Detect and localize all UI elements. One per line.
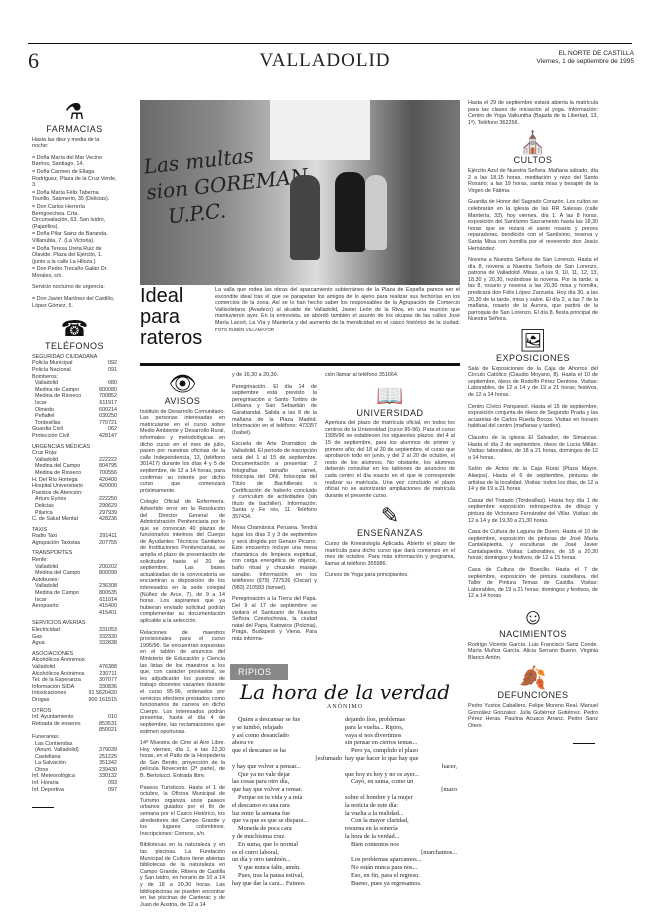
exposiciones-list: Sala de Exposiciones de la Caja de Ahorr…	[468, 366, 598, 600]
tel-label: Inf. Ayuntamiento	[32, 714, 74, 721]
defunciones-heading: DEFUNCIONES	[468, 692, 598, 699]
tel-label: Policía Nacional	[32, 367, 71, 374]
poem-line: En suma, que lo normal	[232, 841, 342, 849]
tel-label: La Salvación	[35, 760, 66, 767]
pharmacy-name: Don Carlos Herrería Berrigoechea. Crta. …	[32, 204, 105, 230]
tel-number: 251225	[99, 754, 117, 761]
tel-row: Retirada de enseres853531	[32, 721, 117, 728]
tel-number: 611014	[99, 597, 117, 604]
tel-label: Autobuses:	[32, 577, 59, 584]
tel-label: Funerarias:	[32, 734, 59, 741]
leaf-icon: 🍂	[468, 666, 598, 690]
exposicion-item: Casas del Tratado (Tordesillas). Hasta h…	[468, 498, 598, 524]
tel-row: Valladolid476388	[32, 664, 117, 671]
aviso-item: Instituto de Desarrollo Comunitario. Las…	[140, 409, 225, 495]
poem-line: sin pensar en ciertos temas...	[345, 739, 457, 747]
tel-label: Renfe:	[32, 557, 48, 564]
tel-label: Arturo Eyries	[35, 496, 66, 503]
tel-row: Alcohólicos Anónimos:	[32, 657, 117, 664]
poem-line: un día y otro también...	[232, 856, 342, 864]
tel-label: Radio Taxi	[32, 533, 57, 540]
tel-row: Agua332838	[32, 640, 117, 647]
tel-label: Drogas	[32, 697, 49, 704]
tel-row: Castellana251225	[32, 754, 117, 761]
tel-number: 351342	[99, 760, 117, 767]
tel-row: Puestos de Atención:	[32, 490, 117, 497]
poem-line: la hora de la verdad...	[345, 833, 457, 841]
poem-line: que hoy es hoy y no es ayer...	[345, 771, 457, 779]
defunciones-text: Pedro Yustos Caballero. Felipe Moreno Re…	[468, 703, 598, 729]
pharmacy-entry: = Doña Pilar Sainz de Baranda, Villanubl…	[32, 231, 117, 244]
poem-line: Y que nunca falte, amén.	[232, 864, 342, 872]
tel-row: Iscar611014	[32, 597, 117, 604]
tel-row: Funerarias:	[32, 734, 117, 741]
tel-row: Intoxicaciones91 5620420	[32, 690, 117, 697]
poem-line: Con la mayor claridad,	[345, 817, 457, 825]
tel-row: Cruz Roja:	[32, 450, 117, 457]
paper-info: EL NORTE DE CASTILLA Viernes, 1 de septi…	[537, 50, 634, 66]
pharmacy-name: Don Pedro Trecaño Galán Dr. Morales, s/n…	[32, 266, 108, 279]
paper-date: Viernes, 1 de septiembre de 1995	[537, 58, 634, 66]
ensenanzas-p: Curso de Kinesiología Aplicada. Abierto …	[325, 541, 455, 567]
right-column: Hasta el 29 de septiembre estará abierta…	[468, 100, 598, 744]
tel-number: 010	[108, 714, 117, 721]
aviso-item: Colegio Oficial de Enfermería. Advertido…	[140, 499, 225, 624]
poem-line: ahora ve	[232, 739, 342, 747]
photo-person	[335, 172, 365, 252]
tel-number: 428236	[99, 516, 117, 523]
news-photo: Las multassion GOREMAN U.P.C.	[140, 100, 460, 285]
tel-label: Gas	[32, 634, 42, 641]
tel-label: Las Contiendas	[35, 741, 72, 748]
column-end-rule	[32, 807, 54, 808]
notice-item: Peregrinación. El día 14 de septiembre e…	[232, 384, 317, 437]
tel-label: Cruz Roja:	[32, 450, 57, 457]
tel-label: Policía Municipal	[32, 360, 72, 367]
tel-label: Protección Civil	[32, 433, 69, 440]
tel-number: 092	[108, 360, 117, 367]
ensenanzas-heading: ENSEÑANZAS	[325, 530, 455, 537]
tel-number: 420400	[99, 477, 117, 484]
tel-row: Agrupación Taxistas207755	[32, 540, 117, 547]
tel-number: 700852	[99, 393, 117, 400]
poem-line: Que ya no vale dejar	[232, 771, 342, 779]
tel-row: Protección Civil428147	[32, 433, 117, 440]
poem-line: la noticia de este día:	[345, 802, 457, 810]
aviso-item: 14ª Muestra de Cine al Aire Libre. Hoy v…	[140, 740, 225, 780]
tel-row: H. Del Río Hortega420400	[32, 477, 117, 484]
tel-label: Inf. Meteorológica	[32, 773, 75, 780]
pharmacy-name: Doña María del Mar Vecino Barrios, Santi…	[32, 155, 102, 168]
tel-row: Medina de Campo800535	[32, 590, 117, 597]
notice-item: y de 16,30 a 20,30.	[232, 372, 317, 379]
tel-label: H. Del Río Hortega	[32, 477, 78, 484]
poem-line: Pues, tras la pausa estival,	[232, 872, 342, 880]
tel-row: Medina del Campo800099	[32, 570, 117, 577]
photo-person	[365, 175, 387, 250]
tel-row: Autobuses:	[32, 577, 117, 584]
poem-line: [mazo	[345, 786, 457, 794]
tel-row: Hospital Universitario420000	[32, 483, 117, 490]
notice-item: Peregrinación a la Tierra del Papa. Del …	[232, 596, 317, 642]
poem-line: sobre el hombre y la mujer	[345, 794, 457, 802]
poem-line: Quien a descansar se fue	[232, 716, 342, 724]
pharmacy-entry: = Doña Carmen de Ellaga Rodríguez. Plaza…	[32, 169, 117, 189]
tel-number: 332838	[99, 640, 117, 647]
poem-line: la vuelta a la realidad...	[345, 810, 457, 818]
tel-label: Hospital Universitario	[32, 483, 83, 490]
tel-row: Radio Taxi291411	[32, 533, 117, 540]
exposicion-item: Sala de Exposiciones de la Caja de Ahorr…	[468, 366, 598, 399]
poem-line: y se tumbó, relajado	[232, 724, 342, 732]
poem-left-column: Quien a descansar se fuey se tumbó, rela…	[232, 716, 342, 888]
poem-line: Bien contentos nos	[345, 841, 457, 849]
baby-icon: ☺	[468, 605, 598, 629]
exposicion-item: Casa de Cultura de Laguna de Duero. Hast…	[468, 529, 598, 562]
tel-group-heading: ASOCIACIONES	[32, 651, 117, 658]
header-rule	[28, 43, 632, 44]
tel-label: C. de Salud Mental	[32, 516, 78, 523]
tel-label: Información SIDA	[32, 684, 74, 691]
tel-row: Valladolid200202	[32, 564, 117, 571]
avisos-list: Instituto de Desarrollo Comunitario. Las…	[140, 409, 225, 909]
tel-label: Castellana	[35, 754, 60, 761]
poem-line: dejando líos, problemas	[345, 716, 457, 724]
tel-number: 853531	[99, 721, 117, 728]
tel-number: 200202	[99, 564, 117, 571]
tel-row: Drogas900 161515	[32, 697, 117, 704]
avisos-column: 👁 AVISOS Instituto de Desarrollo Comunit…	[140, 372, 225, 913]
tel-row: Valladolid080	[32, 380, 117, 387]
tel-number: 307077	[99, 677, 117, 684]
tel-label: Valladolid	[35, 583, 58, 590]
tel-label: Inf. Horaria	[32, 780, 59, 787]
telephone-icon: ☎	[32, 317, 117, 341]
left-column: ⚗ FARMACIAS Hasta las diez y media de la…	[32, 100, 117, 808]
tel-number: 415401	[99, 610, 117, 617]
poem-line: luz entre la semana fue	[232, 810, 342, 818]
farmacias-urgent-intro: Servicio nocturno de urgencia:	[32, 284, 117, 291]
nacimientos-heading: NACIMIENTOS	[468, 631, 598, 638]
tel-row: Peñafiel030250	[32, 413, 117, 420]
farmacias-urgent: = Don Javier Martínez del Castillo, Lópe…	[32, 296, 117, 309]
poem-line: el descanso es una rara	[232, 802, 342, 810]
tel-label: Alcohólicos Anónimos	[32, 671, 84, 678]
telefonos-heading: TELÉFONOS	[32, 343, 117, 350]
poem-line: Los problemas aparcamos...	[345, 856, 457, 864]
tel-number: 091	[108, 367, 117, 374]
tel-group-heading: TAXIS	[32, 527, 117, 534]
universidad-text: Apertura del plazo de matrícula oficial,…	[325, 420, 455, 499]
paper-name: EL NORTE DE CASTILLA	[537, 50, 634, 58]
pencil-ruler-icon: ✎	[325, 504, 455, 528]
universidad-heading: UNIVERSIDAD	[325, 410, 455, 417]
photo-caption-title: Ideal para rateros	[140, 286, 215, 349]
culto-item: Guardia de Honor del Sagrado Corazón. Lo…	[468, 199, 598, 252]
poem-line: Cayó, en suma, como un	[345, 778, 457, 786]
tel-label: Valladolid	[32, 664, 55, 671]
tel-row: Valladolid236308	[32, 583, 117, 590]
tel-row: Olmedo600214	[32, 407, 117, 414]
tel-number: 093	[108, 780, 117, 787]
tel-number: 331053	[99, 627, 117, 634]
farmacias-intro: Hasta las diez y media de la noche:	[32, 137, 117, 150]
tel-number: 097	[108, 787, 117, 794]
nacimientos-text: Rodrigo Vicente García. Luis Francisco S…	[468, 642, 598, 662]
tel-group-heading: SEGURIDAD CIUDADANA	[32, 354, 117, 361]
pharmacy-name: Doña Pilar Sainz de Baranda, Villanubla,…	[32, 231, 108, 244]
poem-line: y de muchísima cruz.	[232, 833, 342, 841]
photo-graffiti: Las multassion GOREMAN U.P.C.	[142, 137, 312, 232]
photo-credit: FOTO RUBÉN VILLAMAYOR	[215, 327, 274, 332]
poem-line: Porque en tu vida y a mía	[232, 794, 342, 802]
telefonos-list: SEGURIDAD CIUDADANAPolicía Municipal092P…	[32, 354, 117, 793]
exposicion-item: Claustro de la iglesia El Salvador, de S…	[468, 435, 598, 461]
tel-number: 900 161515	[89, 697, 117, 704]
avisos-heading: AVISOS	[140, 398, 225, 405]
tel-row: (Anunt. Valladolid)379039	[32, 747, 117, 754]
tel-row: Las Contiendas	[32, 741, 117, 748]
exposicion-item: Salón de Actos de la Caja Rural (Plaza M…	[468, 466, 598, 492]
poem-line: hay que dar la cara... Fuimos	[232, 880, 342, 888]
tel-label: Puestos de Atención:	[32, 490, 83, 497]
tel-number: 030250	[99, 413, 117, 420]
tel-number: 291411	[99, 533, 117, 540]
poem-line: que hay que volver a remar.	[232, 786, 342, 794]
aviso-item: Paseos Turísticos. Hasta el 1 de octubre…	[140, 785, 225, 838]
tel-row: Policía Nacional091	[32, 367, 117, 374]
tel-label: Medina del Campo	[35, 463, 80, 470]
tel-row: Pilarica297939	[32, 510, 117, 517]
tel-number: 297939	[99, 510, 117, 517]
tel-number: 330132	[99, 773, 117, 780]
tel-label: Peñafiel	[35, 413, 54, 420]
poem-line: Bueno, pues ya regresamos.	[345, 880, 457, 888]
tel-row: 415401	[32, 610, 117, 617]
tel-row: Valladolid222222	[32, 457, 117, 464]
tel-number: 611917	[99, 400, 117, 407]
tel-row: Alcohólicos Anónimos230711	[32, 671, 117, 678]
pharmacy-mortar-icon: ⚗	[32, 100, 117, 124]
pharmacy-entry: = Don Pedro Trecaño Galán Dr. Morales, s…	[32, 266, 117, 279]
tel-number: 428147	[99, 433, 117, 440]
poem-right-column: dejando líos, problemaspara la vuelta...…	[345, 716, 457, 888]
tel-row: Gas332330	[32, 634, 117, 641]
tel-row: Medina de Rioseco700852	[32, 393, 117, 400]
poem-line: Moneda de poca cara	[232, 825, 342, 833]
tel-number: 330836	[99, 684, 117, 691]
tel-label: Pilarica	[35, 510, 53, 517]
tel-label: Agua	[32, 640, 45, 647]
photo-caption: La valla que rodea las obras del aparcam…	[215, 287, 460, 333]
middle-column: y de 16,30 a 20,30.Peregrinación. El día…	[232, 372, 317, 648]
tel-row: Medina de Rioseco700556	[32, 470, 117, 477]
yoga-text: Hasta el 29 de septiembre estará abierta…	[468, 100, 598, 126]
culto-item: Ejército Azul de Nuestra Señora. Mañana …	[468, 168, 598, 194]
poem-line: que va que es que se dispara...	[232, 817, 342, 825]
tel-number: 062	[108, 426, 117, 433]
tel-number: 420000	[99, 483, 117, 490]
tel-label: Medina de Rioseco	[35, 393, 81, 400]
poem-line: y así como desanclado	[232, 732, 342, 740]
pharmacy-name: Doña Carmen de Ellaga Rodríguez. Plaza d…	[32, 169, 117, 188]
pharmacy-entry: = Don Carlos Herrería Berrigoechea. Crta…	[32, 204, 117, 230]
tel-row: Renfe:	[32, 557, 117, 564]
poem-line: [marchamos...	[345, 849, 457, 857]
poem-line: resuena en la sonería	[345, 825, 457, 833]
tel-number: 415400	[99, 603, 117, 610]
tel-row: Iscar611917	[32, 400, 117, 407]
tel-row: Arturo Eyries222250	[32, 496, 117, 503]
cultos-heading: CULTOS	[468, 157, 598, 164]
tel-row: Bomberos:	[32, 374, 117, 381]
tel-label: Medina de Campo	[35, 590, 79, 597]
poem-line: Eso, en fin, para el regreso.	[345, 872, 457, 880]
tel-label: Inf. Deportiva	[32, 787, 64, 794]
tel-number: 700556	[99, 470, 117, 477]
tel-label: Otros	[35, 767, 48, 774]
pharmacy-name: Doña Teresa Ureta Ruiz de Olavide. Plaza…	[32, 246, 102, 265]
tel-number: 236308	[99, 583, 117, 590]
tel-label: Olmedo	[35, 407, 54, 414]
tel-number: 770721	[99, 420, 117, 427]
church-candle-icon: ⛪	[468, 131, 598, 155]
tel-label: Tel. de la Esperanza	[32, 677, 81, 684]
tel-row: Inf. Meteorológica330132	[32, 773, 117, 780]
exhibition-frame-icon: 🖼	[468, 329, 598, 353]
tel-label: Electricidad	[32, 627, 60, 634]
open-book-icon: 📖	[325, 384, 455, 408]
pharmacy-name: Doña María Félix Taberna Tourillo, Sasme…	[32, 190, 109, 203]
poem-line: hay que hacer lo que hay que	[345, 755, 457, 763]
tel-number: 207755	[99, 540, 117, 547]
tel-group-heading: SERVICIOS AVERÍAS	[32, 620, 117, 627]
tel-label: Alcohólicos Anónimos:	[32, 657, 86, 664]
tel-number: 080	[108, 380, 117, 387]
tel-number: 804795	[99, 463, 117, 470]
poem-title: La hora de la verdad	[230, 680, 460, 704]
tel-row: Medina del Campo804795	[32, 463, 117, 470]
poem-author: ANÓNIMO	[230, 704, 460, 710]
farmacias-heading: FARMACIAS	[32, 126, 117, 133]
tel-number: 600214	[99, 407, 117, 414]
ripios-tag: RIPIOS	[230, 664, 288, 680]
tel-label: Retirada de enseres	[32, 721, 81, 728]
tel-row: 850021	[32, 727, 117, 734]
exposiciones-heading: EXPOSICIONES	[468, 355, 598, 362]
tel-row: Delicias290629	[32, 503, 117, 510]
poem-line: las cosas para otro día,	[232, 778, 342, 786]
tel-number: 290629	[99, 503, 117, 510]
ensenanzas-p: Cursos de Yoga para principiantes.	[325, 572, 455, 579]
notice-item: Escuela de Arte Dramático de Valladolid.…	[232, 441, 317, 520]
aviso-item: Relaciones de maestros provisionales par…	[140, 630, 225, 736]
poem-line: Pero ya, cumplido el plazo	[345, 747, 457, 755]
tel-label: Medina del Campo	[35, 570, 80, 577]
pharmacy-entry: = Doña María del Mar Vecino Barrios, San…	[32, 155, 117, 168]
tel-row: La Salvación351342	[32, 760, 117, 767]
tel-group-heading: URGENCIAS MÉDICAS	[32, 444, 117, 451]
tel-row: Tel. de la Esperanza307077	[32, 677, 117, 684]
tel-row: Información SIDA330836	[32, 684, 117, 691]
tel-label: Bomberos:	[32, 374, 58, 381]
tel-label: Medina de Rioseco	[35, 470, 81, 477]
tel-row: C. de Salud Mental428236	[32, 516, 117, 523]
poem-line: que el descanso se ha	[232, 747, 342, 755]
tel-number: 332330	[99, 634, 117, 641]
tel-number: 230711	[99, 671, 117, 678]
tel-number: 800099	[99, 570, 117, 577]
exposicion-item: Centro Cívico Parquesol. Hasta el 15 de …	[468, 404, 598, 430]
tel-row: Inf. Deportiva097	[32, 787, 117, 794]
tel-row: Electricidad331053	[32, 627, 117, 634]
poem-line: hacer,	[345, 763, 457, 771]
universidad-lead: ción llamar al teléfono 351664.	[325, 372, 455, 379]
tel-row: Otros239430	[32, 767, 117, 774]
tel-label: Tordesillas	[35, 420, 60, 427]
tel-row: Guardia Civil062	[32, 426, 117, 433]
tel-row: Inf. Horaria093	[32, 780, 117, 787]
exposicion-item: Casa de Cultura de Boecillo. Hasta el 7 …	[468, 567, 598, 600]
tel-label: Aeropuerto	[32, 603, 59, 610]
poem-line: para la vuelta... Ripios,	[345, 724, 457, 732]
tel-label: Iscar	[35, 400, 47, 407]
photo-person	[290, 175, 320, 260]
tel-number: 91 5620420	[89, 690, 117, 697]
pharmacy-entry: = Doña Teresa Ureta Ruiz de Olavide. Pla…	[32, 246, 117, 266]
tel-label: Iscar	[35, 597, 47, 604]
aviso-item: Bibliotecas en la naturaleza y en las pi…	[140, 842, 225, 908]
culto-item: Novena a Nuestra Señora de San Lorenzo. …	[468, 257, 598, 323]
tel-group-heading: OTROS	[32, 708, 117, 715]
tel-number: 800535	[99, 590, 117, 597]
tel-label: Intoxicaciones	[32, 690, 66, 697]
tel-row: Inf. Ayuntamiento010	[32, 714, 117, 721]
pharmacy-entry: = Doña María Félix Taberna Tourillo, Sas…	[32, 190, 117, 203]
tel-label: Agrupación Taxistas	[32, 540, 80, 547]
section-divider	[140, 363, 460, 366]
tel-number: 379039	[99, 747, 117, 754]
column-end-rule	[573, 743, 595, 744]
poem-line: [esfumado	[232, 755, 342, 763]
tel-row: Policía Municipal092	[32, 360, 117, 367]
tel-label: (Anunt. Valladolid)	[35, 747, 79, 754]
tel-label: Guardia Civil	[32, 426, 63, 433]
universidad-column: ción llamar al teléfono 351664. 📖 UNIVER…	[325, 372, 455, 584]
cultos-list: Ejército Azul de Nuestra Señora. Mañana …	[468, 168, 598, 323]
tel-number: 476388	[99, 664, 117, 671]
tel-number: 222222	[99, 457, 117, 464]
tel-number: 850021	[99, 727, 117, 734]
tel-row: Aeropuerto415400	[32, 603, 117, 610]
farmacias-list: = Doña María del Mar Vecino Barrios, San…	[32, 155, 117, 280]
eye-icon: 👁	[140, 372, 225, 396]
poem-line: es el curro laboral,	[232, 849, 342, 857]
tel-row: Tordesillas770721	[32, 420, 117, 427]
poem-line: y hay que volver a pensar...	[232, 763, 342, 771]
tel-number: 239430	[99, 767, 117, 774]
poem-line: vaya si nos divertimos	[345, 732, 457, 740]
tel-label: Valladolid	[35, 380, 58, 387]
tel-label: Valladolid	[35, 457, 58, 464]
middle-list: y de 16,30 a 20,30.Peregrinación. El día…	[232, 372, 317, 643]
tel-group-heading: TRANSPORTES	[32, 550, 117, 557]
notice-item: Mesa Chamánica Peruana. Tendrá lugar los…	[232, 525, 317, 591]
tel-label: Valladolid	[35, 564, 58, 571]
tel-label: Delicias	[35, 503, 54, 510]
tel-number: 222250	[99, 496, 117, 503]
tel-number: 800080	[99, 387, 117, 394]
